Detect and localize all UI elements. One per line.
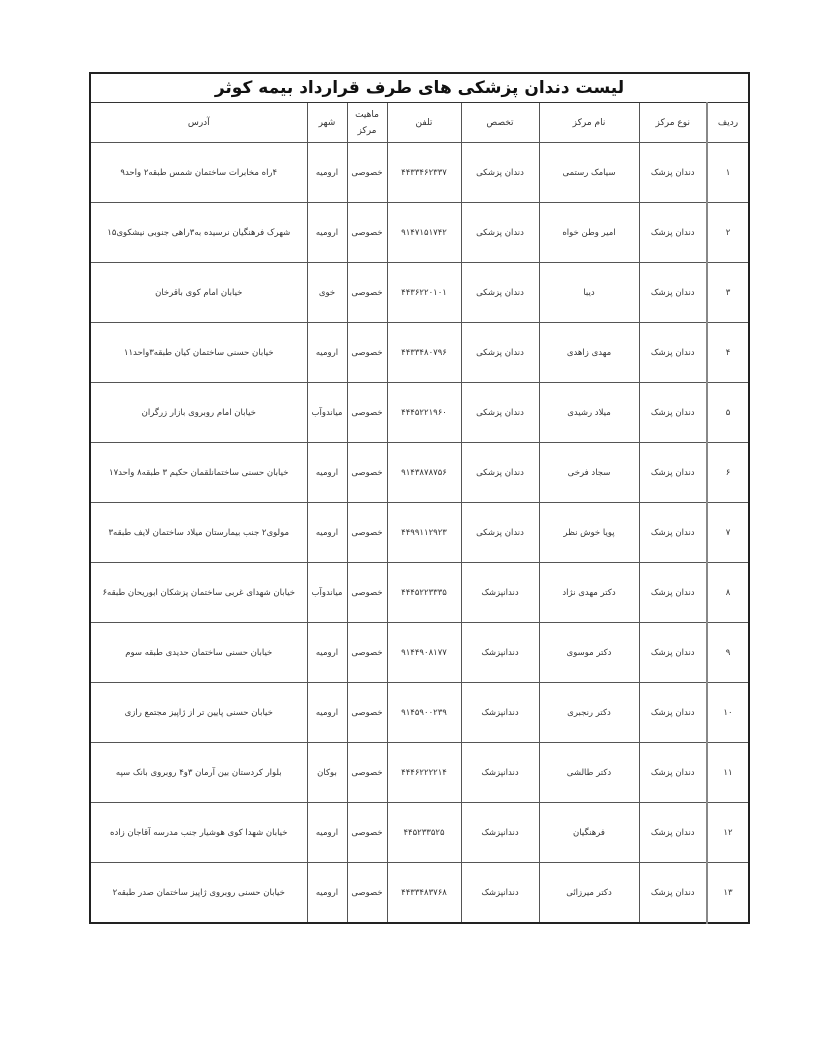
header-address: آدرس — [90, 103, 307, 143]
header-center-type: نوع مرکز — [639, 103, 707, 143]
cell-center-type: دندان پزشک — [639, 443, 707, 503]
cell-specialty: دندانپزشک — [461, 743, 539, 803]
cell-center-nature: خصوصی — [347, 863, 387, 924]
table-row: ۱۰ دندان پزشک دکتر رنجبری دندانپزشک ۹۱۴۵… — [90, 683, 749, 743]
cell-address: خیابان حسنی ساختمانلقمان حکیم ۳ طبقه۸ وا… — [90, 443, 307, 503]
cell-center-type: دندان پزشک — [639, 323, 707, 383]
cell-address: خیابان حسنی ساختمان کیان طبقه۳واحد۱۱ — [90, 323, 307, 383]
cell-city: ارومیه — [307, 623, 347, 683]
dentist-list-table: لیست دندان پزشکی های طرف قرارداد بیمه کو… — [89, 72, 750, 924]
table-row: ۷ دندان پزشک پویا خوش نظر دندان پزشکی ۴۴… — [90, 503, 749, 563]
cell-specialty: دندانپزشک — [461, 623, 539, 683]
cell-center-nature: خصوصی — [347, 143, 387, 203]
table-row: ۱۲ دندان پزشک فرهنگیان دندانپزشک ۴۴۵۲۳۳۵… — [90, 803, 749, 863]
cell-phone: ۹۱۴۳۸۷۸۷۵۶ — [387, 443, 461, 503]
cell-row-number: ۱ — [707, 143, 749, 203]
header-center-name: نام مرکز — [539, 103, 639, 143]
header-row-number: ردیف — [707, 103, 749, 143]
cell-center-type: دندان پزشک — [639, 623, 707, 683]
cell-center-name: فرهنگیان — [539, 803, 639, 863]
header-row: ردیف نوع مرکز نام مرکز تخصص تلفن ماهیت م… — [90, 103, 749, 143]
cell-city: ارومیه — [307, 863, 347, 924]
table-row: ۶ دندان پزشک سجاد فرخی دندان پزشکی ۹۱۴۳۸… — [90, 443, 749, 503]
table-row: ۱۳ دندان پزشک دکتر میرزائی دندانپزشک ۴۴۳… — [90, 863, 749, 924]
cell-center-name: دکتر رنجبری — [539, 683, 639, 743]
cell-phone: ۴۴۴۵۲۲۱۹۶۰ — [387, 383, 461, 443]
cell-row-number: ۳ — [707, 263, 749, 323]
cell-specialty: دندان پزشکی — [461, 263, 539, 323]
cell-address: مولوی۲ جنب بیمارستان میلاد ساختمان لایف … — [90, 503, 307, 563]
cell-center-name: دیبا — [539, 263, 639, 323]
cell-city: ارومیه — [307, 503, 347, 563]
table-body: ۱ دندان پزشک سیامک رستمی دندان پزشکی ۴۴۳… — [90, 143, 749, 924]
cell-specialty: دندان پزشکی — [461, 143, 539, 203]
cell-row-number: ۱۲ — [707, 803, 749, 863]
cell-center-type: دندان پزشک — [639, 203, 707, 263]
cell-specialty: دندانپزشک — [461, 863, 539, 924]
cell-phone: ۹۱۴۷۱۵۱۷۴۲ — [387, 203, 461, 263]
table-row: ۳ دندان پزشک دیبا دندان پزشکی ۴۴۳۶۲۲۰۱۰۱… — [90, 263, 749, 323]
cell-city: ارومیه — [307, 443, 347, 503]
cell-phone: ۴۴۴۶۲۲۲۲۱۴ — [387, 743, 461, 803]
cell-city: ارومیه — [307, 143, 347, 203]
cell-city: ارومیه — [307, 803, 347, 863]
cell-center-name: سیامک رستمی — [539, 143, 639, 203]
cell-address: خیابان امام روبروی بازار زرگران — [90, 383, 307, 443]
cell-center-type: دندان پزشک — [639, 563, 707, 623]
header-specialty: تخصص — [461, 103, 539, 143]
cell-center-nature: خصوصی — [347, 263, 387, 323]
cell-center-name: سجاد فرخی — [539, 443, 639, 503]
cell-center-nature: خصوصی — [347, 563, 387, 623]
cell-center-name: امیر وطن خواه — [539, 203, 639, 263]
cell-center-type: دندان پزشک — [639, 143, 707, 203]
cell-phone: ۴۴۵۲۳۳۵۲۵ — [387, 803, 461, 863]
cell-address: خیابان حسنی روبروی ژاپیز ساختمان صدر طبق… — [90, 863, 307, 924]
cell-center-name: دکتر میرزائی — [539, 863, 639, 924]
header-phone: تلفن — [387, 103, 461, 143]
cell-row-number: ۶ — [707, 443, 749, 503]
cell-city: بوکان — [307, 743, 347, 803]
cell-row-number: ۹ — [707, 623, 749, 683]
cell-phone: ۹۱۴۴۹۰۸۱۷۷ — [387, 623, 461, 683]
cell-center-type: دندان پزشک — [639, 743, 707, 803]
cell-row-number: ۱۰ — [707, 683, 749, 743]
cell-phone: ۴۴۹۹۱۱۲۹۲۳ — [387, 503, 461, 563]
cell-center-nature: خصوصی — [347, 503, 387, 563]
cell-row-number: ۱۳ — [707, 863, 749, 924]
cell-address: خیابان امام کوی باقرخان — [90, 263, 307, 323]
cell-center-nature: خصوصی — [347, 623, 387, 683]
header-center-nature: ماهیت مرکز — [347, 103, 387, 143]
cell-center-nature: خصوصی — [347, 383, 387, 443]
cell-specialty: دندان پزشکی — [461, 323, 539, 383]
cell-specialty: دندان پزشکی — [461, 383, 539, 443]
table-row: ۱۱ دندان پزشک دکتر طالشی دندانپزشک ۴۴۴۶۲… — [90, 743, 749, 803]
cell-center-nature: خصوصی — [347, 203, 387, 263]
cell-city: خوی — [307, 263, 347, 323]
cell-center-type: دندان پزشک — [639, 263, 707, 323]
cell-row-number: ۲ — [707, 203, 749, 263]
cell-address: بلوار کردستان بین آرمان ۳و۴ روبروی بانک … — [90, 743, 307, 803]
header-center-nature-line2: مرکز — [348, 123, 387, 139]
cell-city: میاندوآب — [307, 563, 347, 623]
cell-address: ۴راه مخابرات ساختمان شمس طبقه۲ واحد۹ — [90, 143, 307, 203]
cell-specialty: دندانپزشک — [461, 563, 539, 623]
cell-row-number: ۱۱ — [707, 743, 749, 803]
table-row: ۲ دندان پزشک امیر وطن خواه دندان پزشکی ۹… — [90, 203, 749, 263]
cell-city: میاندوآب — [307, 383, 347, 443]
table-row: ۵ دندان پزشک میلاد رشیدی دندان پزشکی ۴۴۴… — [90, 383, 749, 443]
cell-city: ارومیه — [307, 323, 347, 383]
cell-center-nature: خصوصی — [347, 683, 387, 743]
cell-center-name: دکتر موسوی — [539, 623, 639, 683]
table-row: ۱ دندان پزشک سیامک رستمی دندان پزشکی ۴۴۳… — [90, 143, 749, 203]
cell-phone: ۴۴۳۳۴۸۰۷۹۶ — [387, 323, 461, 383]
cell-row-number: ۴ — [707, 323, 749, 383]
header-center-nature-line1: ماهیت — [348, 107, 387, 123]
cell-center-type: دندان پزشک — [639, 803, 707, 863]
cell-address: شهرک فرهنگیان نرسیده به۳راهی جنوبی نیشکو… — [90, 203, 307, 263]
cell-center-type: دندان پزشک — [639, 863, 707, 924]
table-row: ۴ دندان پزشک مهدی زاهدی دندان پزشکی ۴۴۳۳… — [90, 323, 749, 383]
cell-phone: ۴۴۳۳۴۶۲۳۳۷ — [387, 143, 461, 203]
table-row: ۸ دندان پزشک دکتر مهدی نژاد دندانپزشک ۴۴… — [90, 563, 749, 623]
cell-row-number: ۵ — [707, 383, 749, 443]
cell-specialty: دندان پزشکی — [461, 443, 539, 503]
cell-center-name: دکتر مهدی نژاد — [539, 563, 639, 623]
cell-phone: ۴۴۳۳۴۸۳۷۶۸ — [387, 863, 461, 924]
cell-specialty: دندانپزشک — [461, 803, 539, 863]
cell-center-name: دکتر طالشی — [539, 743, 639, 803]
cell-phone: ۹۱۴۵۹۰۰۲۳۹ — [387, 683, 461, 743]
cell-specialty: دندان پزشکی — [461, 203, 539, 263]
cell-city: ارومیه — [307, 683, 347, 743]
cell-row-number: ۸ — [707, 563, 749, 623]
cell-center-name: پویا خوش نظر — [539, 503, 639, 563]
cell-address: خیابان شهدای غربی ساختمان پزشکان ابوریحا… — [90, 563, 307, 623]
header-city: شهر — [307, 103, 347, 143]
cell-row-number: ۷ — [707, 503, 749, 563]
cell-address: خیابان حسنی ساختمان حدیدی طبقه سوم — [90, 623, 307, 683]
cell-center-type: دندان پزشک — [639, 683, 707, 743]
table-row: ۹ دندان پزشک دکتر موسوی دندانپزشک ۹۱۴۴۹۰… — [90, 623, 749, 683]
cell-center-type: دندان پزشک — [639, 383, 707, 443]
cell-address: خیابان شهدا کوی هوشیار جنب مدرسه آقاجان … — [90, 803, 307, 863]
cell-specialty: دندانپزشک — [461, 683, 539, 743]
cell-specialty: دندان پزشکی — [461, 503, 539, 563]
cell-center-name: مهدی زاهدی — [539, 323, 639, 383]
document-title: لیست دندان پزشکی های طرف قرارداد بیمه کو… — [90, 73, 749, 103]
cell-center-name: میلاد رشیدی — [539, 383, 639, 443]
cell-phone: ۴۴۴۵۲۲۳۳۳۵ — [387, 563, 461, 623]
cell-center-nature: خصوصی — [347, 443, 387, 503]
cell-center-nature: خصوصی — [347, 323, 387, 383]
cell-city: ارومیه — [307, 203, 347, 263]
cell-center-nature: خصوصی — [347, 743, 387, 803]
cell-center-nature: خصوصی — [347, 803, 387, 863]
cell-address: خیابان حسنی پایین تر از ژاپیز مجتمع رازی — [90, 683, 307, 743]
cell-phone: ۴۴۳۶۲۲۰۱۰۱ — [387, 263, 461, 323]
cell-center-type: دندان پزشک — [639, 503, 707, 563]
